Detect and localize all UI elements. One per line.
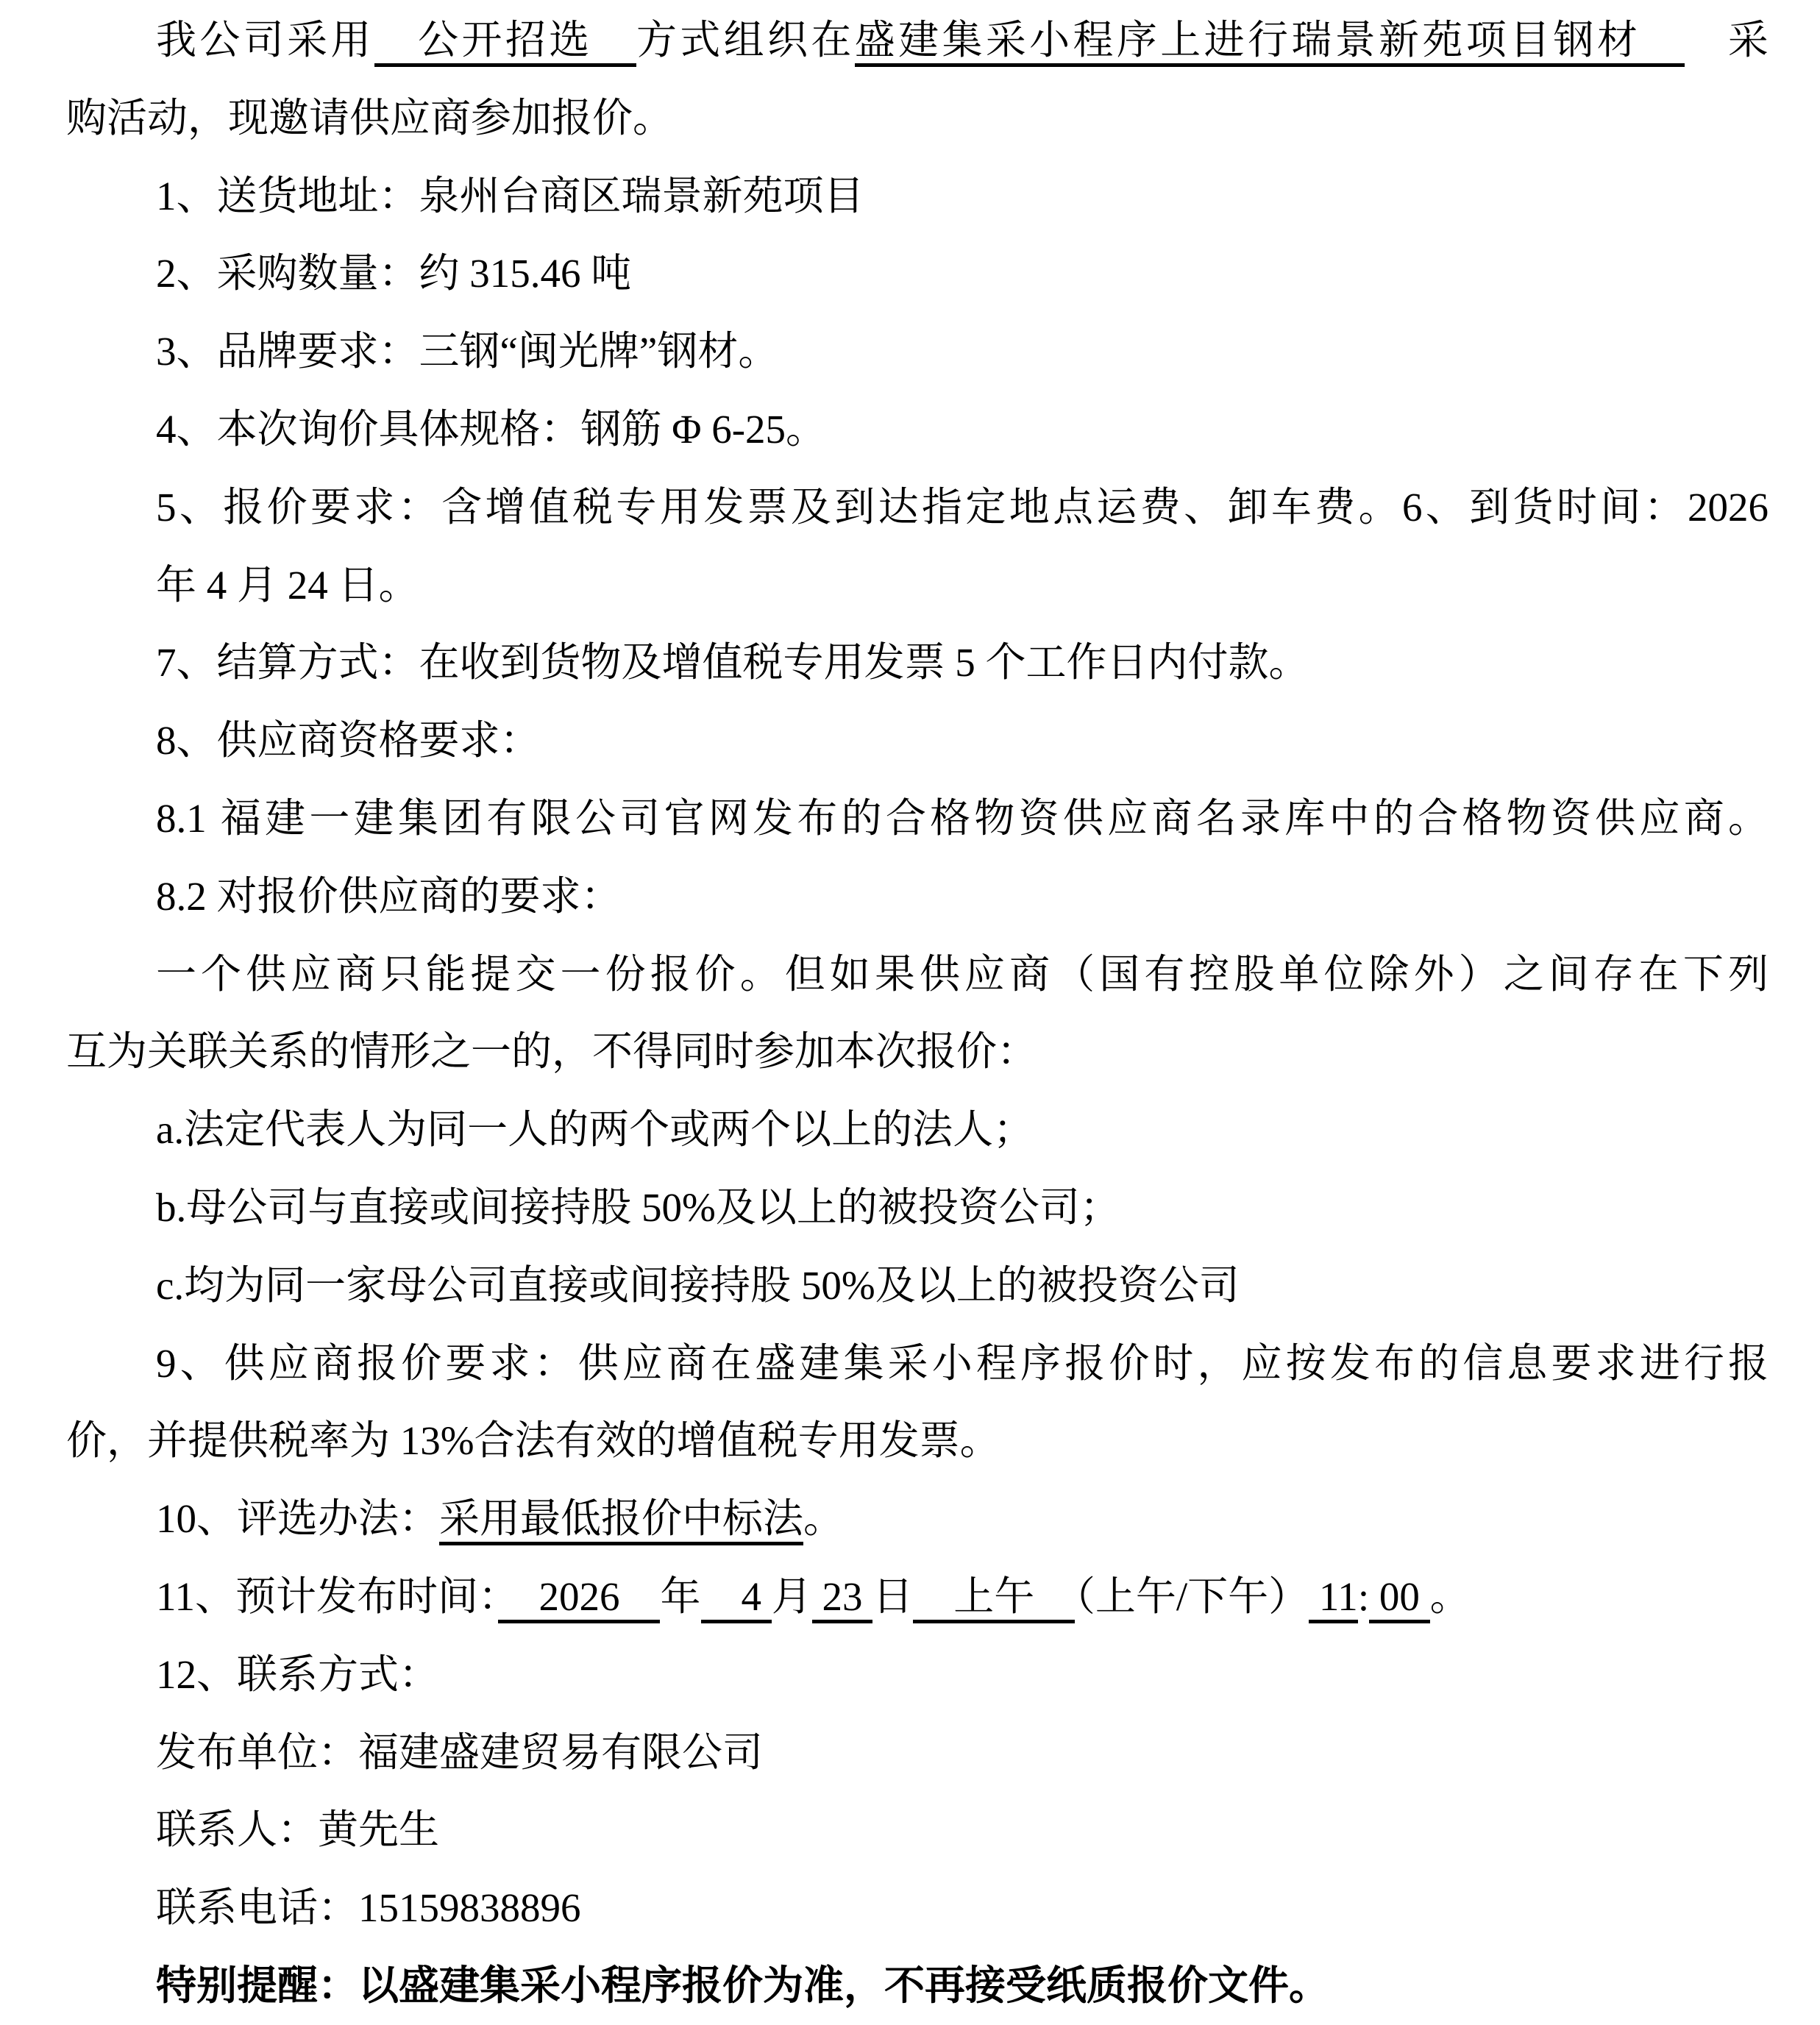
text-segment: a.法定代表人为同一人的两个或两个以上的法人； — [156, 1107, 1034, 1152]
text-line: 购活动，现邀请供应商参加报价。 — [66, 79, 1769, 157]
text-line: 1、送货地址：泉州台商区瑞景新苑项目 — [66, 157, 1769, 235]
text-segment: 7、结算方式：在收到货物及增值税专用发票 5 个工作日内付款。 — [156, 640, 1309, 685]
text-line: 12、联系方式： — [66, 1636, 1769, 1714]
text-segment: 8、供应商资格要求： — [156, 718, 541, 763]
text-segment: 年 4 月 24 日。 — [156, 563, 419, 608]
underlined-segment: 00 — [1369, 1574, 1430, 1623]
text-segment: 价，并提供税率为 13%合法有效的增值税专用发票。 — [66, 1418, 1000, 1463]
text-segment: 3、品牌要求：三钢“闽光牌”钢材。 — [156, 329, 778, 374]
text-line: 8、供应商资格要求： — [66, 702, 1769, 780]
text-segment: : — [1358, 1574, 1369, 1619]
text-line: 一个供应商只能提交一份报价。但如果供应商（国有控股单位除外）之间存在下列 — [66, 936, 1769, 1014]
text-line: 2、采购数量：约 315.46 吨 — [66, 235, 1769, 313]
text-line: 11、预计发布时间： 2026 年 4 月 23 日 上午 （上午/下午） 11… — [66, 1558, 1769, 1636]
text-segment: 我公司采用 — [156, 18, 374, 63]
text-segment: 发布单位：福建盛建贸易有限公司 — [156, 1730, 763, 1775]
text-segment: 。 — [803, 1496, 844, 1541]
underlined-segment: 11 — [1309, 1574, 1358, 1623]
text-line: b.母公司与直接或间接持股 50%及以上的被投资公司； — [66, 1169, 1769, 1247]
text-line: 我公司采用 公开招选 方式组织在盛建集采小程序上进行瑞景新苑项目钢材 采 — [66, 1, 1769, 79]
text-segment: 购活动，现邀请供应商参加报价。 — [66, 96, 673, 140]
document-page: 我公司采用 公开招选 方式组织在盛建集采小程序上进行瑞景新苑项目钢材 采购活动，… — [0, 0, 1820, 2025]
text-segment: 4、本次询价具体规格：钢筋 Φ 6-25。 — [156, 407, 826, 452]
underlined-segment: 公开招选 — [374, 18, 636, 67]
text-segment: 日 — [872, 1574, 913, 1619]
text-line: 4、本次询价具体规格：钢筋 Φ 6-25。 — [66, 391, 1769, 469]
text-segment: 联系人：黄先生 — [156, 1807, 439, 1852]
text-line: 3、品牌要求：三钢“闽光牌”钢材。 — [66, 313, 1769, 391]
text-line: 8.1 福建一建集团有限公司官网发布的合格物资供应商名录库中的合格物资供应商。 — [66, 780, 1769, 858]
text-line: 年 4 月 24 日。 — [66, 547, 1769, 624]
text-segment: 年 — [660, 1574, 700, 1619]
text-line: 联系人：黄先生 — [66, 1791, 1769, 1869]
text-segment: 5、报价要求：含增值税专用发票及到达指定地点运费、卸车费。6、到货时间：2026 — [156, 485, 1769, 530]
text-line: 9、供应商报价要求：供应商在盛建集采小程序报价时，应按发布的信息要求进行报 — [66, 1325, 1769, 1403]
text-segment: 8.2 对报价供应商的要求： — [156, 874, 622, 919]
text-segment: 11、预计发布时间： — [156, 1574, 498, 1619]
text-segment: 。 — [1430, 1574, 1471, 1619]
text-line: a.法定代表人为同一人的两个或两个以上的法人； — [66, 1091, 1769, 1169]
text-segment: 联系电话：15159838896 — [156, 1885, 581, 1930]
underlined-segment: 4 — [701, 1574, 772, 1623]
text-line: c.均为同一家母公司直接或间接持股 50%及以上的被投资公司 — [66, 1247, 1769, 1325]
text-line: 5、报价要求：含增值税专用发票及到达指定地点运费、卸车费。6、到货时间：2026 — [66, 469, 1769, 547]
text-segment: 方式组织在 — [636, 18, 855, 63]
text-segment: 采 — [1685, 18, 1769, 63]
text-segment: 12、联系方式： — [156, 1652, 439, 1697]
text-line: 7、结算方式：在收到货物及增值税专用发票 5 个工作日内付款。 — [66, 624, 1769, 702]
text-segment: 1、送货地址：泉州台商区瑞景新苑项目 — [156, 174, 864, 218]
text-line: 互为关联关系的情形之一的，不得同时参加本次报价： — [66, 1013, 1769, 1091]
underlined-segment: 采用最低报价中标法 — [439, 1496, 803, 1545]
underlined-segment: 2026 — [498, 1574, 660, 1623]
text-line: 特别提醒：以盛建集采小程序报价为准，不再接受纸质报价文件。 — [66, 1947, 1769, 2025]
text-segment: （上午/下午） — [1075, 1574, 1309, 1619]
text-segment: 一个供应商只能提交一份报价。但如果供应商（国有控股单位除外）之间存在下列 — [156, 952, 1769, 997]
text-line: 8.2 对报价供应商的要求： — [66, 858, 1769, 936]
text-segment: 月 — [772, 1574, 812, 1619]
text-line: 发布单位：福建盛建贸易有限公司 — [66, 1714, 1769, 1792]
text-segment: 2、采购数量：约 315.46 吨 — [156, 251, 631, 296]
text-line: 10、评选办法：采用最低报价中标法。 — [66, 1480, 1769, 1558]
text-segment: b.母公司与直接或间接持股 50%及以上的被投资公司； — [156, 1185, 1120, 1230]
text-line: 联系电话：15159838896 — [66, 1869, 1769, 1947]
text-line: 价，并提供税率为 13%合法有效的增值税专用发票。 — [66, 1402, 1769, 1480]
text-segment: 8.1 福建一建集团有限公司官网发布的合格物资供应商名录库中的合格物资供应商。 — [156, 796, 1769, 841]
text-segment: 互为关联关系的情形之一的，不得同时参加本次报价： — [66, 1029, 1037, 1074]
underlined-segment: 23 — [812, 1574, 873, 1623]
text-segment: 10、评选办法： — [156, 1496, 439, 1541]
text-segment: 9、供应商报价要求：供应商在盛建集采小程序报价时，应按发布的信息要求进行报 — [156, 1341, 1769, 1386]
text-segment: c.均为同一家母公司直接或间接持股 50%及以上的被投资公司 — [156, 1263, 1240, 1308]
underlined-segment: 盛建集采小程序上进行瑞景新苑项目钢材 — [855, 18, 1685, 67]
underlined-segment: 上午 — [913, 1574, 1075, 1623]
bold-text-segment: 特别提醒：以盛建集采小程序报价为准，不再接受纸质报价文件。 — [156, 1963, 1329, 2008]
